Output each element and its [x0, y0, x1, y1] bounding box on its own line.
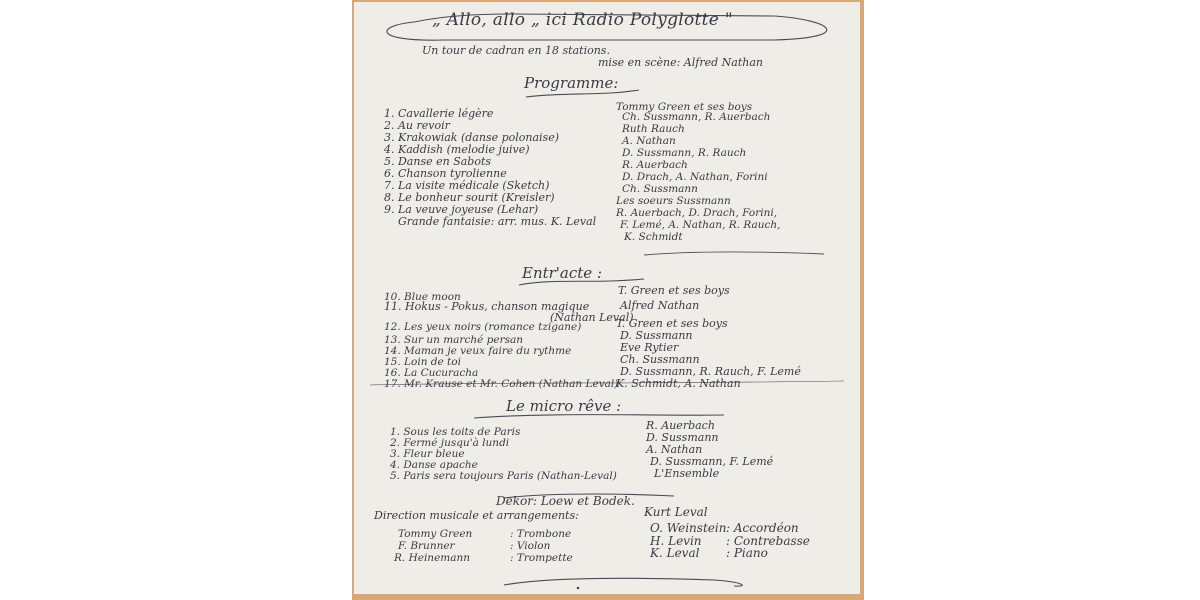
micro-reve-item-performers: A. Nathan [646, 444, 702, 455]
entracte-item-performers: D. Sussmann, R. Rauch, F. Lemé [620, 366, 801, 377]
programme-title: „ Allo, allo „ ici Radio Polyglotte " [432, 10, 733, 30]
musician-name: Tommy Green [398, 529, 472, 540]
entracte-item-performers: Eve Rytier [620, 342, 678, 353]
musician-instrument: : Trombone [510, 529, 571, 540]
programme-item-title: 9. La veuve joyeuse (Lehar) [384, 204, 538, 215]
musician-name: F. Brunner [398, 541, 455, 552]
programme-item-performers: Ruth Rauch [622, 124, 685, 135]
entracte-item-title: 14. Maman je veux faire du rythme [384, 346, 571, 357]
programme-item-title: 8. Le bonheur sourit (Kreisler) [384, 192, 555, 203]
entracte-item-performers: T. Green et ses boys [618, 285, 730, 296]
entracte-item-performers: Ch. Sussmann [620, 354, 700, 365]
entracte-item-performers: K. Schmidt, A. Nathan [616, 378, 741, 389]
musician-name: R. Heinemann [394, 553, 470, 564]
programme-item-title: 1. Cavallerie légère [384, 108, 493, 119]
entracte-heading: Entr'acte : [522, 264, 602, 282]
dekor-credit: Dekor: Loew et Bodek. [496, 494, 635, 508]
programme-item-title: 3. Krakowiak (danse polonaise) [384, 132, 559, 143]
musician-name: O. Weinstein [650, 522, 726, 534]
entracte-item-performers: T. Green et ses boys [616, 318, 728, 329]
programme-item-performers: K. Schmidt [624, 232, 683, 243]
musician-instrument: : Accordéon [726, 522, 799, 534]
programme-item-title: 6. Chanson tyrolienne [384, 168, 507, 179]
direction-name: Kurt Leval [644, 505, 708, 519]
programme-item-performers: Les soeurs Sussmann [616, 196, 731, 207]
entracte-item-title: 16. La Cucuracha [384, 368, 478, 379]
entracte-item-performers: Alfred Nathan [620, 300, 699, 311]
programme-item-title: 2. Au revoir [384, 120, 450, 131]
director-credit: mise en scène: Alfred Nathan [598, 56, 763, 69]
micro-reve-item-performers: D. Sussmann, F. Lemé [650, 456, 773, 467]
entracte-item-performers: D. Sussmann [620, 330, 693, 341]
entracte-item-title: 17. Mr. Krause et Mr. Cohen (Nathan Leva… [384, 379, 618, 390]
programme-item-performers: D. Drach, A. Nathan, Forini [622, 172, 768, 183]
musician-instrument: : Trompette [510, 553, 573, 564]
micro-reve-item-performers: R. Auerbach [646, 420, 715, 431]
programme-item-title: Grande fantaisie: arr. mus. K. Leval [398, 216, 596, 227]
entracte-item-title: 15. Loin de toi [384, 357, 461, 368]
programme-item-title: 4. Kaddish (melodie juive) [384, 144, 530, 155]
programme-item-performers: A. Nathan [622, 136, 676, 147]
programme-item-performers: Ch. Sussmann [622, 184, 698, 195]
entracte-item-title: 12. Les yeux noirs (romance tzigane) [384, 322, 581, 333]
programme-item-performers: R. Auerbach [622, 160, 688, 171]
micro-reve-item-title: 1. Sous les toits de Paris [390, 427, 520, 438]
micro-reve-item-title: 3. Fleur bleue [390, 449, 465, 460]
programme-heading: Programme: [524, 74, 618, 92]
micro-reve-heading: Le micro rêve : [506, 397, 621, 415]
musician-instrument: : Violon [510, 541, 550, 552]
entracte-item-title: 13. Sur un marché persan [384, 335, 523, 346]
programme-item-performers: D. Sussmann, R. Rauch [622, 148, 746, 159]
musician-name: K. Leval [650, 547, 699, 559]
micro-reve-item-title: 4. Danse apache [390, 460, 478, 471]
micro-reve-item-title: 2. Fermé jusqu'à lundi [390, 438, 509, 449]
micro-reve-item-title: 5. Paris sera toujours Paris (Nathan-Lev… [390, 471, 617, 482]
micro-reve-item-performers: D. Sussmann [646, 432, 719, 443]
direction-label: Direction musicale et arrangements: [374, 509, 579, 522]
programme-item-performers: F. Lemé, A. Nathan, R. Rauch, [620, 220, 780, 231]
programme-item-performers: R. Auerbach, D. Drach, Forini, [616, 208, 777, 219]
programme-item-performers: Ch. Sussmann, R. Auerbach [622, 112, 770, 123]
musician-instrument: : Piano [726, 547, 768, 559]
programme-item-title: 7. La visite médicale (Sketch) [384, 180, 549, 191]
programme-item-title: 5. Danse en Sabots [384, 156, 491, 167]
programme-subtitle: Un tour de cadran en 18 stations. [422, 44, 610, 57]
micro-reve-item-performers: L'Ensemble [654, 468, 719, 479]
handwritten-programme-sheet: „ Allo, allo „ ici Radio Polyglotte " Un… [354, 2, 860, 594]
